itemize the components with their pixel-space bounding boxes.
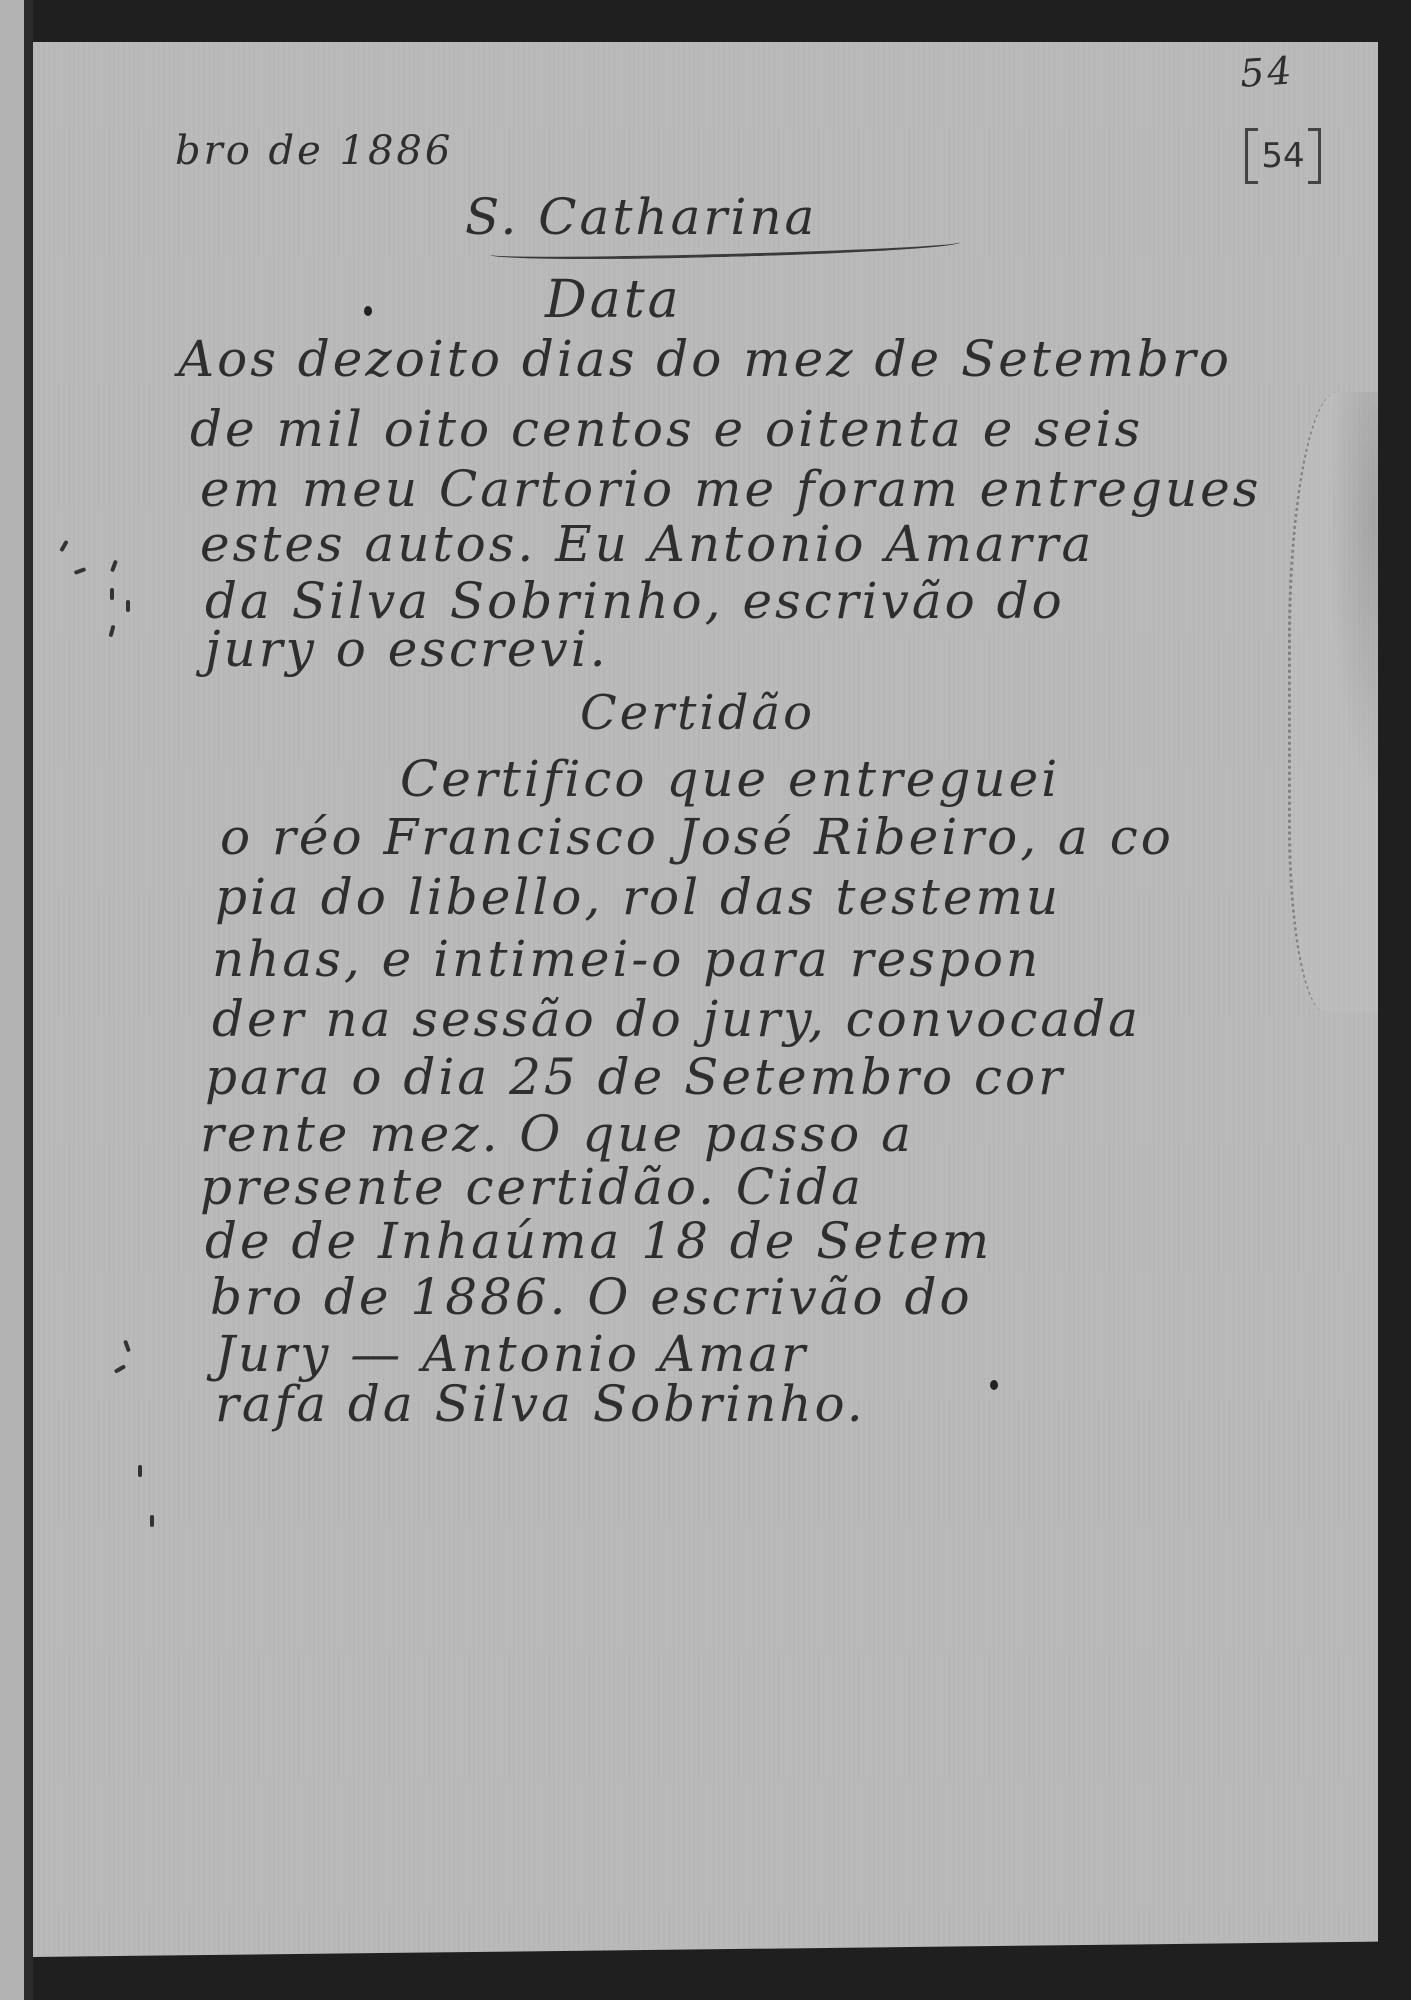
- certidao-line: de de Inhaúma 18 de Setem: [205, 1212, 992, 1270]
- water-stain: [1288, 392, 1411, 1012]
- adjacent-page-edge: [0, 0, 24, 2000]
- certidao-line: Certifico que entreguei: [400, 750, 1060, 808]
- section-title-data: Data: [545, 270, 682, 330]
- folio-stamp: 54: [1245, 128, 1321, 184]
- ink-dot: [364, 306, 372, 316]
- folio-number-handwritten: 54: [1239, 48, 1296, 96]
- certidao-signature-line: rafa da Silva Sobrinho.: [215, 1375, 866, 1433]
- ink-dot: [990, 1380, 998, 1390]
- section-title-certidao: Certidão: [580, 685, 815, 741]
- certidao-line: para o dia 25 de Setembro cor: [205, 1048, 1065, 1106]
- data-line: Aos dezoito dias do mez de Setembro: [178, 330, 1232, 388]
- data-line: de mil oito centos e oitenta e seis: [190, 400, 1143, 458]
- certidao-line: pia do libello, rol das testemu: [215, 868, 1061, 926]
- certidao-line: der na sessão do jury, convocada: [212, 990, 1141, 1048]
- certidao-line: bro de 1886. O escrivão do: [210, 1268, 973, 1326]
- binding-gutter: [24, 0, 33, 2000]
- margin-mark: [126, 600, 130, 612]
- data-line: jury o escrevi.: [205, 620, 609, 678]
- certidao-line: presente certidão. Cida: [200, 1158, 864, 1216]
- certidao-line: rente mez. O que passo a: [200, 1105, 914, 1163]
- place-heading: S. Catharina: [465, 188, 817, 246]
- margin-mark: [150, 1515, 154, 1527]
- header-carryover: bro de 1886: [175, 128, 453, 174]
- data-line: em meu Cartorio me foram entregues: [200, 460, 1261, 518]
- data-line: estes autos. Eu Antonio Amarra: [200, 515, 1094, 573]
- margin-mark: [110, 588, 114, 600]
- margin-mark: [138, 1465, 142, 1477]
- certidao-line: o réo Francisco José Ribeiro, a co: [220, 808, 1174, 866]
- certidao-line: nhas, e intimei-o para respon: [212, 930, 1041, 988]
